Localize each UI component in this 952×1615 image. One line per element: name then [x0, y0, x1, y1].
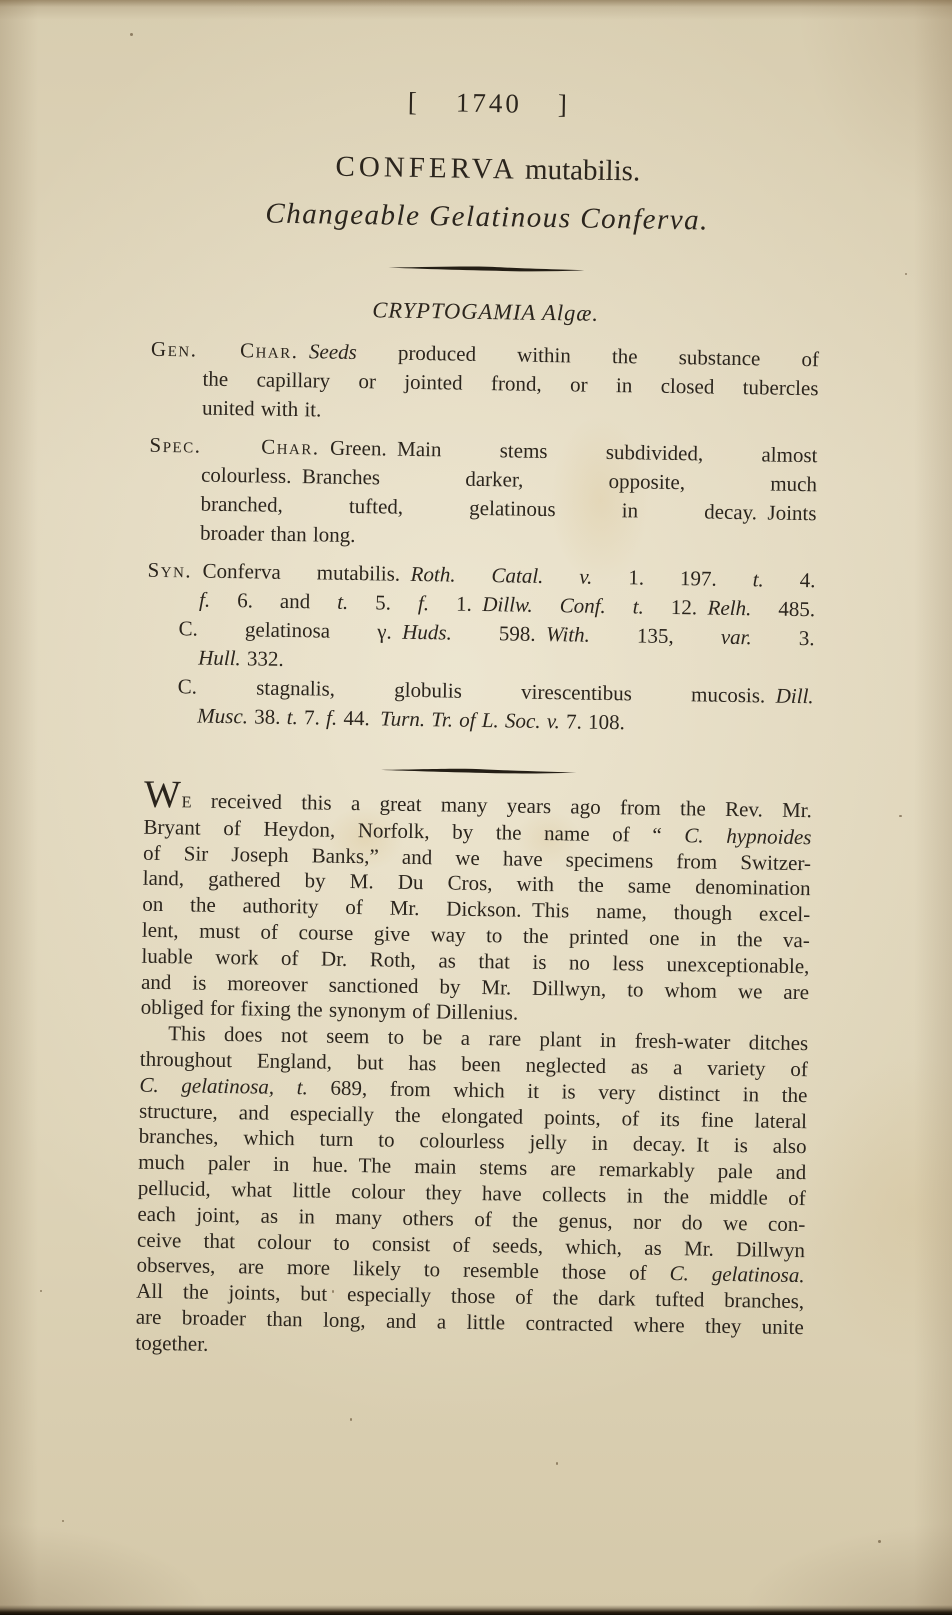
foxing-speck	[62, 1520, 64, 1522]
foxing-speck	[40, 1290, 42, 1292]
text-segment: obliged for fixing the synonym of Dillen…	[141, 995, 519, 1025]
text-segment: C. hypnoides	[684, 823, 811, 849]
text-segment: Dillw. Conf. t.	[482, 592, 644, 619]
species-title: CONFERVA mutabilis.	[154, 148, 822, 191]
text-segment: 4.	[764, 567, 816, 592]
text-segment: 135,	[590, 623, 721, 649]
body-paragraph-1: WE received this a great many years ago …	[140, 788, 812, 1032]
book-page-scan: [1740] CONFERVA mutabilis. Changeable Ge…	[0, 0, 952, 1615]
foxing-speck	[878, 1540, 881, 1543]
text-segment: C. gelatinosa.	[669, 1261, 804, 1287]
text-segment	[298, 339, 309, 363]
foxing-speck	[130, 33, 133, 36]
common-name-title: Changeable Gelatinous Conferva.	[153, 196, 821, 239]
text-segment: Hull.	[198, 646, 241, 671]
text-segment: 6. and	[210, 588, 337, 614]
text-segment: 44.	[337, 706, 380, 731]
text-segment: Huds.	[402, 620, 452, 645]
text-segment: 7.	[298, 705, 327, 729]
text-segment: 332.	[241, 646, 284, 671]
text-segment: 5.	[348, 590, 418, 615]
text-segment: Spec. Char.	[149, 433, 319, 460]
text-segment: Roth. Catal. v.	[410, 562, 592, 589]
page-content: [1740] CONFERVA mutabilis. Changeable Ge…	[135, 0, 824, 1367]
page-bottom-edge	[0, 1605, 952, 1615]
text-segment: produced within the substance of	[357, 340, 820, 371]
text-segment: 485.	[751, 596, 815, 621]
text-segment: broader than long.	[200, 521, 356, 547]
text-segment: Relh.	[707, 596, 751, 621]
text-segment: 598.	[452, 621, 547, 646]
foxing-speck	[899, 815, 902, 817]
species-epithet: mutabilis.	[518, 154, 641, 188]
classification-line: CRYPTOGAMIA Algæ.	[151, 294, 819, 330]
text-segment: 12.	[644, 595, 708, 620]
text-segment: Conferva mutabilis.	[192, 558, 411, 585]
text-segment: 38.	[248, 704, 287, 729]
section-divider-top	[152, 259, 820, 279]
text-segment: 3.	[752, 625, 815, 650]
text-segment: Syn.	[147, 558, 192, 583]
text-segment: f.	[418, 591, 429, 615]
text-segment: With.	[546, 622, 590, 647]
foxing-speck	[332, 1290, 334, 1293]
text-segment: t.	[287, 705, 298, 729]
text-segment: W	[144, 773, 182, 817]
text-segment: Green. Main stems subdivided, almost	[319, 435, 817, 467]
genus-name: CONFERVA	[335, 151, 518, 186]
text-segment: E	[181, 792, 191, 811]
foxing-speck	[556, 1462, 558, 1465]
text-segment: t.	[337, 590, 348, 614]
foxing-speck	[350, 1418, 352, 1421]
class-order: CRYPTOGAMIA	[372, 297, 536, 325]
text-segment: 7. 108.	[560, 709, 625, 734]
text-segment: Turn. Tr. of L. Soc. v.	[380, 706, 560, 733]
page-number-open-bracket: [	[408, 87, 420, 118]
swelled-rule	[378, 764, 578, 777]
text-segment: Gen. Char.	[151, 337, 299, 363]
page-number-close-bracket: ]	[558, 89, 570, 120]
text-segment: f.	[326, 706, 337, 730]
text-segment: f.	[199, 588, 210, 612]
foxing-speck	[905, 273, 907, 275]
synonyms-section: Syn. Conferva mutabilis. Roth. Catal. v.…	[145, 556, 816, 740]
text-segment: Seeds	[309, 339, 357, 364]
text-segment: C. gelatinosa, t.	[139, 1072, 308, 1099]
text-segment: 1. 197.	[592, 565, 753, 592]
text-segment: t.	[753, 567, 764, 591]
text-segment: Dill.	[776, 684, 814, 709]
text-segment: united with it.	[202, 396, 322, 422]
gen-char-section: Gen. Char. Seeds produced within the sub…	[150, 335, 819, 432]
text-segment: 1.	[429, 591, 483, 616]
text-segment: var.	[721, 625, 752, 649]
page-number: [1740]	[155, 83, 823, 124]
spec-char-section: Spec. Char. Green. Main stems subdivided…	[148, 431, 818, 557]
section-divider-middle	[144, 761, 812, 781]
text-segment: together.	[135, 1330, 208, 1355]
body-paragraph-2: This does not seem to be a rare plant in…	[135, 1021, 808, 1367]
text-segment: Musc.	[197, 704, 248, 729]
page-number-value: 1740	[456, 88, 522, 120]
swelled-rule	[386, 262, 586, 275]
class-family: Algæ.	[536, 300, 599, 326]
text-segment: C. gelatinosa γ.	[178, 616, 402, 644]
